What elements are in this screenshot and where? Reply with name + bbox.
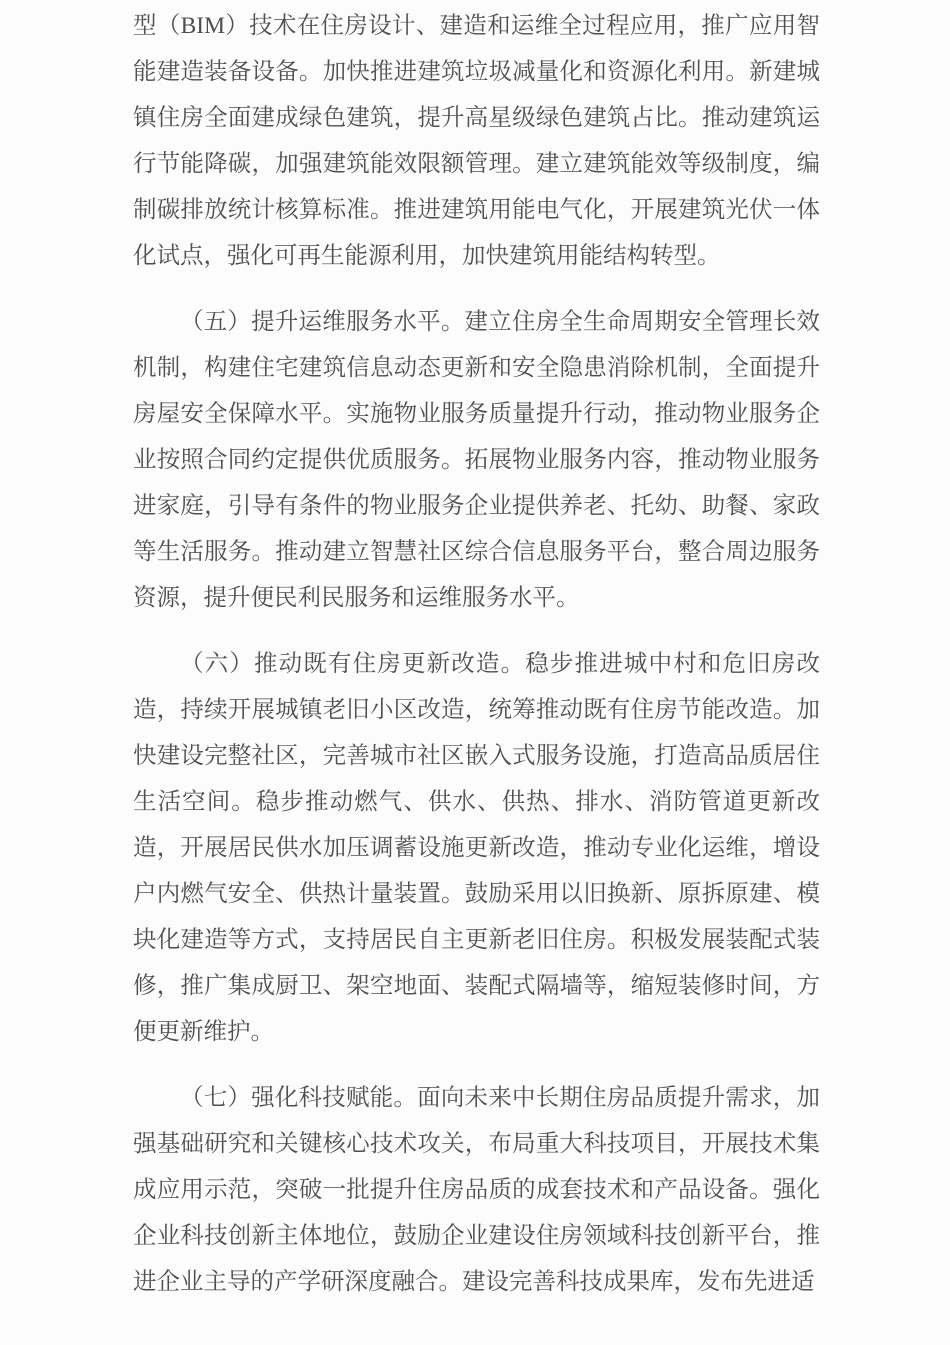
paragraph-section-six: （六）推动既有住房更新改造。稳步推进城中村和危旧房改造，持续开展城镇老旧小区改造… <box>133 641 820 1055</box>
paragraph-section-five: （五）提升运维服务水平。建立住房全生命周期安全管理长效机制，构建住宅建筑信息动态… <box>133 299 820 621</box>
paragraph-continuation: 型（BIM）技术在住房设计、建造和运维全过程应用，推广应用智能建造装备设备。加快… <box>133 3 820 279</box>
document-page: 型（BIM）技术在住房设计、建造和运维全过程应用，推广应用智能建造装备设备。加快… <box>0 0 950 1345</box>
paragraph-section-seven: （七）强化科技赋能。面向未来中长期住房品质提升需求，加强基础研究和关键核心技术攻… <box>133 1075 820 1305</box>
